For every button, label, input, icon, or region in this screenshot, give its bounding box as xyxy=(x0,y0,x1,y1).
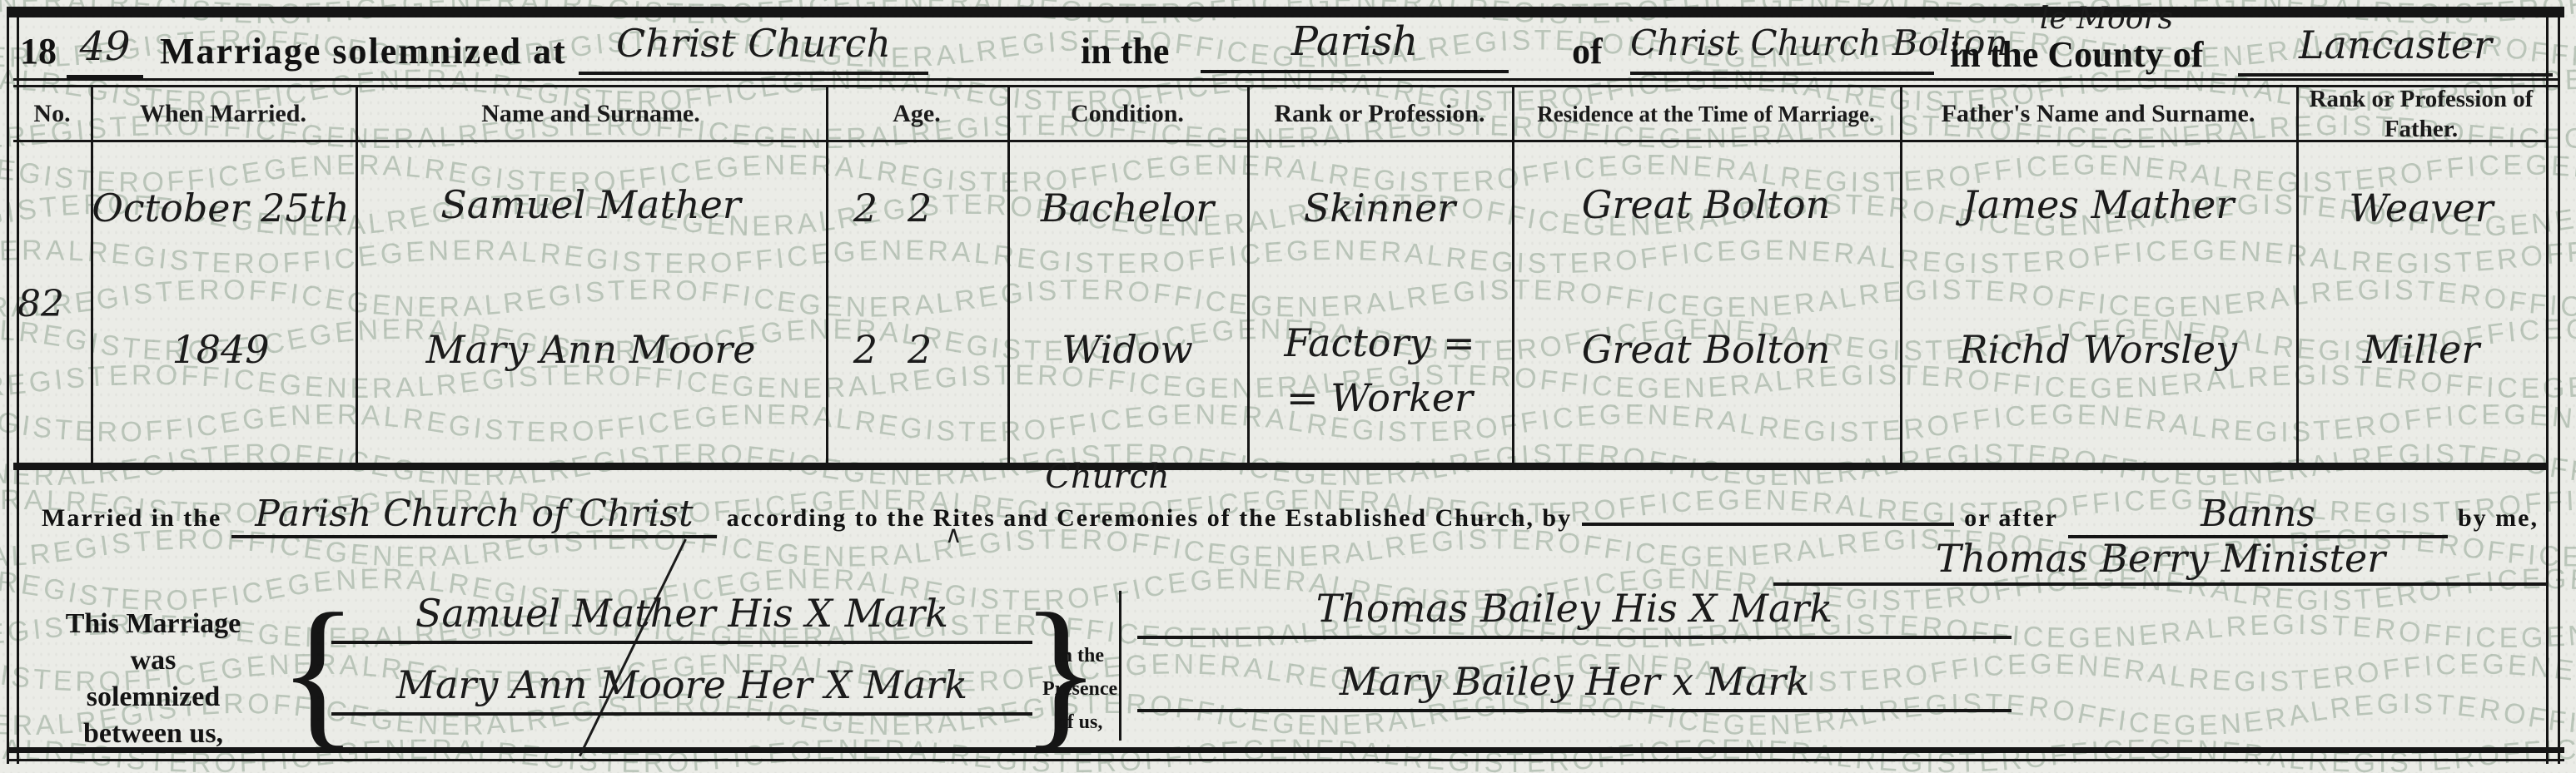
of-label: of xyxy=(1572,30,1603,72)
this-marriage-label-line1: This Marriage xyxy=(20,606,286,642)
register-year-handwritten: 49 xyxy=(67,23,143,78)
col-header-father-rank: Rank or Profession of Father. xyxy=(2296,88,2546,140)
column-divider xyxy=(1900,87,1902,466)
bride-signature: Mary Ann Moore Her X Mark xyxy=(331,662,1032,716)
col-header-rank-profession: Rank or Profession. xyxy=(1247,88,1512,140)
cell-father-rank-groom: Weaver xyxy=(2296,178,2546,238)
bottom-rule-lower xyxy=(7,759,2564,761)
col-header-residence: Residence at the Time of Marriage. xyxy=(1512,88,1900,140)
witness2-signature: Mary Bailey Her x Mark xyxy=(1137,659,2012,712)
register-year-printed: 18 xyxy=(20,30,57,72)
cell-condition-bride: Widow xyxy=(1007,320,1247,379)
church-name-handwritten: Christ Church xyxy=(579,20,928,75)
this-marriage-label-line4: between us, xyxy=(20,716,286,752)
column-divider xyxy=(1007,87,1010,466)
in-the-label: in the xyxy=(1081,30,1169,72)
groom-signature: Samuel Mather His X Mark xyxy=(331,591,1032,644)
by-me-label: by me, xyxy=(2458,504,2539,533)
table-bottom-rule xyxy=(13,463,2548,470)
this-marriage-label: This Marriage was solemnized between us, xyxy=(20,606,286,752)
cell-condition-groom: Bachelor xyxy=(1007,178,1247,238)
parish-name-handwritten: Christ Church Bolton xyxy=(1630,20,1934,75)
col-header-age: Age. xyxy=(826,88,1007,140)
witness1-signature: Thomas Bailey His X Mark xyxy=(1137,586,2012,639)
cell-when-married-bride: 1849 xyxy=(83,320,358,379)
presence-label-line2: Presence xyxy=(1042,672,1117,706)
col-header-no: No. xyxy=(13,88,91,140)
col-header-when-married: When Married. xyxy=(91,88,356,140)
header-rule-upper xyxy=(13,78,2559,81)
col-header-condition: Condition. xyxy=(1007,88,1247,140)
married-in-church-handwritten: Parish Church of Christ xyxy=(231,493,716,538)
cell-father-name-groom: James Mather xyxy=(1900,175,2296,235)
county-name-handwritten: Lancaster xyxy=(2238,22,2553,77)
cell-age-bride: 22 xyxy=(833,320,982,379)
presence-label: in the Presence of us, xyxy=(1042,639,1117,739)
ceremony-statement-row: Married in the Parish Church of Christ a… xyxy=(42,493,2539,538)
marriage-solemnized-label: Marriage solemnized at xyxy=(160,30,567,72)
insertion-church-handwritten: Church xyxy=(966,458,1249,496)
banns-handwritten: Banns xyxy=(2068,493,2448,538)
officiant-blank-line xyxy=(1582,494,1954,526)
right-border-line xyxy=(2558,7,2560,764)
cell-rank-bride-line1: Factory = xyxy=(1247,313,1512,373)
column-divider xyxy=(91,87,93,466)
officiant-signature-handwritten: Thomas Berry Minister xyxy=(1773,536,2548,586)
column-caption-rule xyxy=(13,140,2548,142)
cell-residence-bride: Great Bolton xyxy=(1512,320,1900,379)
cell-age-groom: 22 xyxy=(833,178,982,238)
rites-label: according to the Rites and Ceremonies of… xyxy=(727,504,1572,533)
presence-divider-line xyxy=(1119,591,1121,741)
presence-label-line3: of us, xyxy=(1042,706,1117,739)
cell-father-name-bride: Richd Worsley xyxy=(1900,320,2296,379)
cell-father-rank-bride: Miller xyxy=(2296,320,2546,379)
presence-label-line1: in the xyxy=(1042,639,1117,672)
column-divider xyxy=(1512,87,1514,466)
this-marriage-label-line3: solemnized xyxy=(20,679,286,716)
insertion-caret: ∧ xyxy=(945,521,962,548)
county-label: in the County of xyxy=(1950,33,2203,76)
marriage-register-document: GENERALREGISTEROFFICEGENERALREGISTEROFFI… xyxy=(0,0,2576,773)
cell-name-bride: Mary Ann Moore xyxy=(356,320,826,379)
district-word-handwritten: Parish xyxy=(1201,18,1509,73)
cell-rank-bride-line2: = Worker xyxy=(1247,368,1512,428)
left-border-line xyxy=(7,7,9,764)
cell-residence-groom: Great Bolton xyxy=(1512,175,1900,235)
column-divider xyxy=(826,87,828,466)
entry-number: 82 xyxy=(5,275,77,334)
parish-insertion-handwritten: le Moors xyxy=(1948,2,2265,36)
cell-rank-groom: Skinner xyxy=(1247,178,1512,238)
right-border-line-inner xyxy=(2546,7,2549,764)
married-in-label: Married in the xyxy=(42,504,221,533)
col-header-name-surname: Name and Surname. xyxy=(356,88,826,140)
cell-when-married-groom: October 25th xyxy=(83,178,358,238)
col-header-father-name: Father's Name and Surname. xyxy=(1900,88,2296,140)
this-marriage-label-line2: was xyxy=(20,642,286,679)
cell-name-groom: Samuel Mather xyxy=(356,175,826,235)
bottom-rule-upper xyxy=(7,747,2564,753)
column-divider xyxy=(356,87,358,466)
header-rule-lower xyxy=(13,85,2559,87)
or-after-label: or after xyxy=(1964,504,2058,533)
